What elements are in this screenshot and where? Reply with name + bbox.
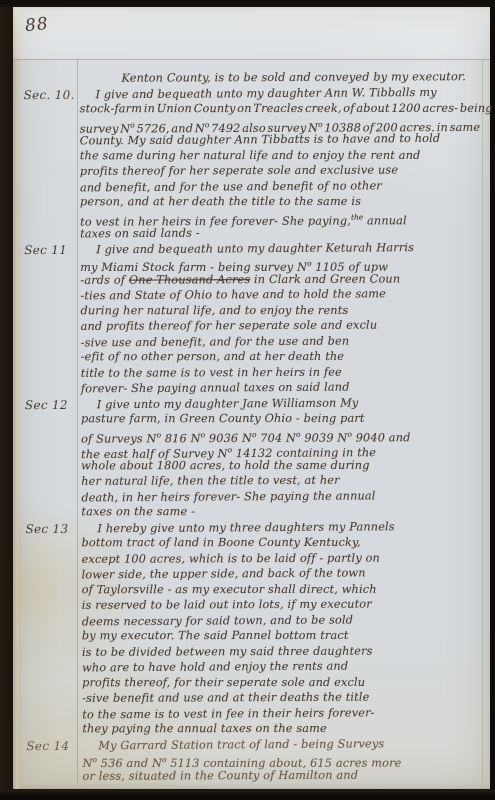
text-line: I give unto my daughter Jane Williamson … [81,394,481,412]
section-label: Sec. 10. [24,87,78,101]
text-line: death, in her heirs forever- She paying … [81,487,481,505]
text-line: and benefit, and for the use and benefit… [80,177,480,195]
document-section: Kenton County, is to be sold and conveye… [79,69,479,86]
text-line: I give and bequeath unto my daughter Ann… [79,84,479,102]
superscript-insertion: o [252,430,257,439]
superscript-insertion: o [318,119,323,128]
section-label: Sec 12 [25,397,79,411]
text-line: during her natural life, and to enjoy th… [80,302,480,318]
text-line: whole about 1800 acres, to hold the same… [81,457,481,473]
text-line: No 536 and No 5113 containing about, 615… [82,752,482,768]
superscript-insertion: o [347,429,352,438]
text-line: who are to have hold and enjoy the rents… [82,658,482,676]
section-label: Sec 11 [24,242,78,256]
text-line: to the same is to vest in fee in their h… [82,704,482,722]
text-line: my Miami Stock farm - being survey No 11… [80,256,480,272]
text-line: pasture farm, in Green County Ohio - bei… [81,411,481,427]
superscript-insertion: o [92,755,97,764]
text-line: profits thereof, for their seperate sole… [82,674,482,690]
text-line: by my executor. The said Pannel bottom t… [82,628,482,644]
superscript-insertion: o [162,755,167,764]
section-label: Sec 14 [26,738,80,752]
document-section: Sec 11I give and bequeath unto my daught… [80,240,481,397]
text-line: of Taylorsville - as my executor shall d… [82,581,482,597]
text-line: the east half of Survey No 14132 contain… [81,441,481,459]
superscript-insertion: o [296,429,301,438]
photo-edge-bottom [0,789,495,800]
superscript-insertion: o [201,430,206,439]
superscript-insertion: o [307,259,312,268]
text-line: person, and at her death the title to th… [80,194,480,210]
text-line: lower side, the upper side, and back of … [82,565,482,583]
text-line: I give and bequeath unto my daughter Ket… [80,239,480,257]
text-line: deems necessary for said town, and to be… [82,611,482,629]
document-section: Sec 13I hereby give unto my three daught… [81,519,482,738]
text-line: bottom tract of land in Boone County Ken… [82,535,482,551]
text-line: stock-farm in Union County on Treacles c… [80,101,480,117]
ledger-page: 88 Kenton County, is to be sold and conv… [13,7,490,789]
text-line: -ties and State of Ohio to have and to h… [80,286,480,304]
section-label: Sec 13 [25,521,79,535]
text-line: -sive use and benefit, and for the use a… [81,332,481,350]
page-edge [13,7,20,789]
document-section: Sec 12I give unto my daughter Jane Willi… [81,395,482,521]
superscript-insertion: o [130,120,135,129]
text-line: the same during her natural life and to … [80,147,480,163]
text-line: My Garrard Station tract of land - being… [82,735,482,753]
text-line: her natural life, then the title to vest… [81,472,481,489]
photo-background: 88 Kenton County, is to be sold and conv… [0,0,495,800]
struck-text: One Thousand Acres [129,273,250,287]
text-line: County. My said daughter Ann Tibbatts is… [80,131,480,149]
photo-edge-top [0,0,495,7]
superscript-insertion: the [351,212,363,221]
superscript-insertion: o [205,120,210,129]
text-line: -efit of no other person, and at her dea… [81,349,481,365]
superscript-insertion: o [228,445,233,454]
text-line: taxes on the same - [81,504,481,520]
left-margin-rule [77,59,78,783]
right-margin-rule [482,59,483,783]
text-line: is reserved to be laid out into lots, if… [82,596,482,613]
text-line: and profits thereof for her seperate sol… [81,317,481,334]
text-line: -sive benefit and use and at their death… [82,689,482,706]
page-number: 88 [24,14,50,36]
text-line: I hereby give unto my three daughters my… [81,518,481,536]
text-column: Kenton County, is to be sold and conveye… [79,69,482,783]
document-section: Sec. 10.I give and bequeath unto my daug… [80,85,481,242]
text-line: they paying the annual taxes on the same [82,721,482,737]
text-line: profits thereof for her seperate sole an… [80,162,480,179]
document-section: Sec 14My Garrard Station tract of land -… [82,736,482,784]
text-line: Kenton County, is to be sold and conveye… [79,69,479,86]
superscript-insertion: o [157,430,162,439]
page-header-area: 88 [13,7,490,60]
